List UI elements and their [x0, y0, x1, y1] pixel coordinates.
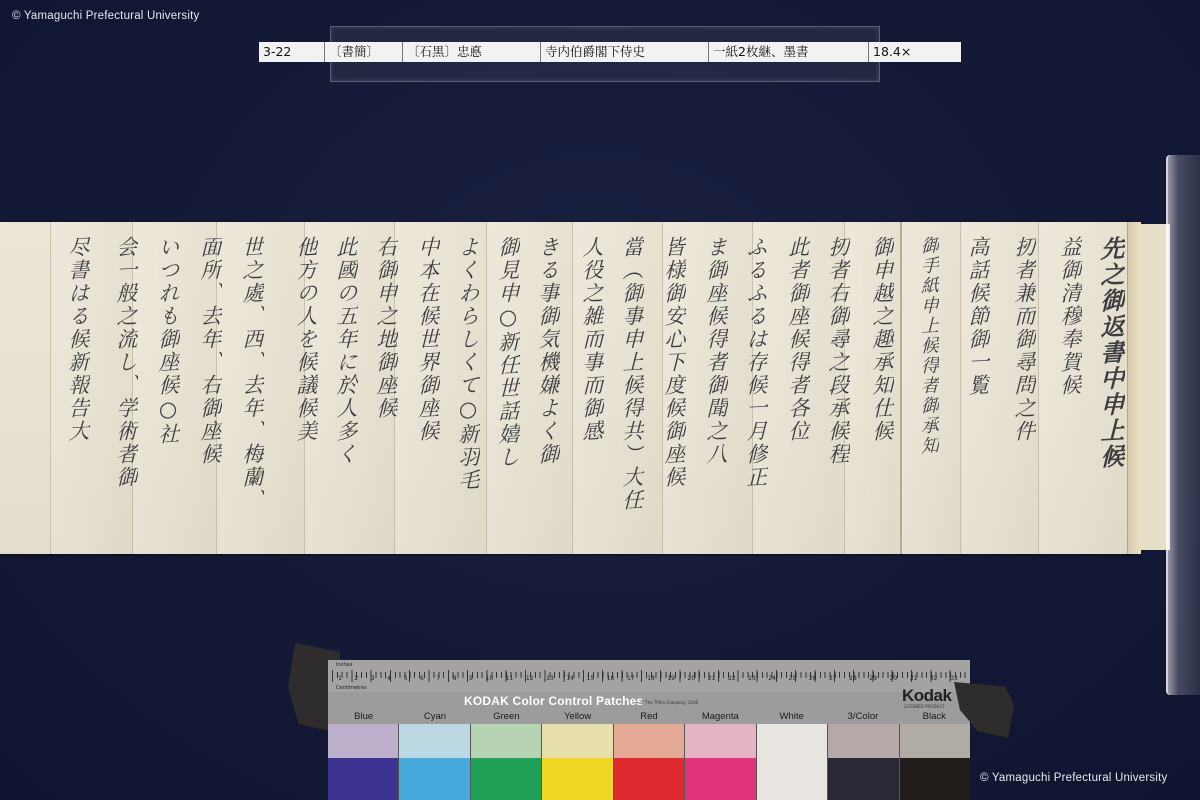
patch-green: [471, 724, 542, 800]
patch-red: [614, 724, 685, 800]
patch-label-blue: Blue: [328, 711, 399, 722]
patch-label-green: Green: [471, 711, 542, 722]
ruler: Inches 123456789101112131415161718192021…: [328, 660, 970, 692]
kodak-license-text: LICENSED PRODUCT: [904, 704, 945, 709]
label-catalog-number: 3-22: [259, 42, 325, 62]
patch-white: [757, 724, 828, 800]
text-column: 世之處、西、去年、梅蘭、: [240, 235, 264, 536]
text-column: 人役之雑而事而御感: [580, 235, 604, 536]
text-column: 御手紙申上候得者御承知: [916, 235, 940, 536]
label-type: 〔書簡〕: [325, 42, 403, 62]
text-column: 尽書はる候新報告大: [66, 235, 90, 536]
text-column: 皆様御安心下度候御座候: [662, 235, 686, 536]
label-format: 一紙2枚継、墨書: [709, 42, 869, 62]
text-column: 中本在候世界御座候: [416, 235, 440, 536]
text-column: 扨者右御尋之段承候程: [826, 235, 850, 536]
color-patches: [328, 724, 970, 800]
target-title: KODAK Color Control Patches: [464, 694, 643, 708]
text-column: 御申越之趣承知仕候: [870, 235, 894, 536]
target-copyright: © The Tiffen Company, 2000: [640, 700, 698, 705]
patch-3color: [828, 724, 899, 800]
patch-label-red: Red: [613, 711, 684, 722]
text-column: 先之御返書中申上候: [1098, 235, 1122, 536]
letter-paper: 先之御返書中申上候 益御清穆奉賀候 扨者兼而御尋問之件 高話候節御一覧 御手紙申…: [0, 222, 1140, 554]
patch-cyan: [399, 724, 470, 800]
text-column: 扨者兼而御尋問之件: [1012, 235, 1036, 536]
label-recipient: 寺内伯爵閣下侍史: [541, 42, 709, 62]
text-column: 益御清穆奉賀候: [1058, 235, 1082, 536]
patch-labels: Blue Cyan Green Yellow Red Magenta White…: [328, 711, 970, 722]
text-column: きる事御気機嫌よく御: [536, 235, 560, 536]
ruler-cm-numbers: 1234567891011121314151617181920212223242…: [338, 675, 958, 682]
patch-label-cyan: Cyan: [399, 711, 470, 722]
catalog-label: 3-22 〔書簡〕 〔石黒〕忠悳 寺内伯爵閣下侍史 一紙2枚継、墨書 18.4×: [259, 42, 961, 62]
label-dimensions: 18.4×: [869, 42, 961, 62]
patch-yellow: [542, 724, 613, 800]
patch-black: [900, 724, 970, 800]
acrylic-bar: [1166, 155, 1200, 695]
patch-blue: [328, 724, 399, 800]
label-author: 〔石黒〕忠悳: [403, 42, 541, 62]
text-column: 面所、去年、右御座候: [198, 235, 222, 536]
kodak-logo: Kodak: [902, 686, 951, 706]
text-column: ふるふるは存候一月修正: [744, 235, 768, 536]
text-column: 御見申○新任世話嬉し: [496, 235, 520, 536]
patch-label-white: White: [756, 711, 827, 722]
text-column: 此國の五年に於人多く: [334, 235, 358, 536]
copyright-top-left: © Yamaguchi Prefectural University: [12, 10, 199, 22]
ruler-inches-label: Inches: [336, 662, 352, 668]
patch-label-magenta: Magenta: [685, 711, 756, 722]
text-column: ま御座候得者御聞之八: [704, 235, 728, 536]
copyright-bottom-right: © Yamaguchi Prefectural University: [980, 772, 1167, 784]
text-column: いつれも御座候○社: [156, 235, 180, 536]
patch-label-3color: 3/Color: [827, 711, 898, 722]
text-column: 会一般之流し、学術者御: [114, 235, 138, 536]
text-column: 高話候節御一覧: [966, 235, 990, 536]
kodak-color-target: Inches 123456789101112131415161718192021…: [328, 660, 970, 800]
patch-label-yellow: Yellow: [542, 711, 613, 722]
text-column: 此者御座候得者各位: [786, 235, 810, 536]
patch-magenta: [685, 724, 756, 800]
text-column: 右御申之地御座候: [374, 235, 398, 536]
paper-torn-edge: [1127, 222, 1141, 554]
text-column: 他方の人を候議候美: [294, 235, 318, 536]
ruler-cm-label: Centimetres: [336, 685, 367, 691]
text-column: 當（御事申上候得共）大任: [620, 235, 644, 536]
patch-label-black: Black: [899, 711, 970, 722]
text-column: よくわらしくて○新羽毛: [456, 235, 480, 536]
